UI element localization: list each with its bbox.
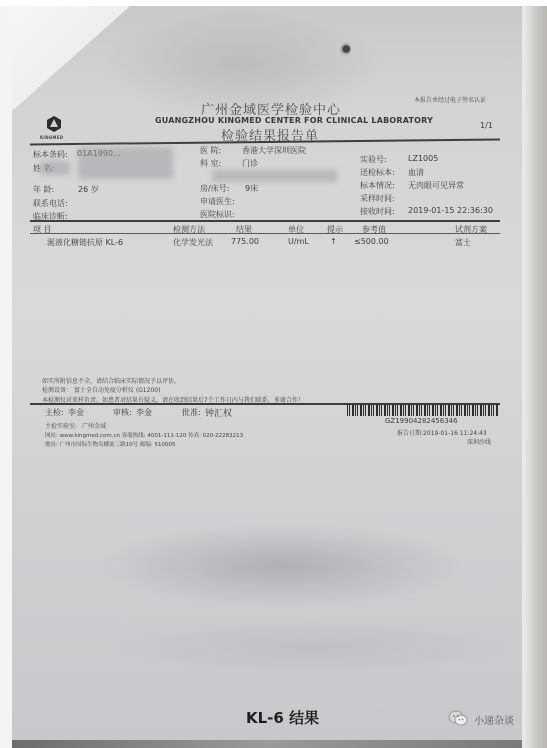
lab-no-value: LZ1005 (408, 154, 438, 163)
doctor-label: 申请医生: (200, 196, 235, 207)
lab-name-en: GUANGZHOU KINGMED CENTER FOR CLINICAL LA… (155, 116, 433, 125)
note-line-2: 检测设备： 富士全自动免疫分析仪 (G1200) (42, 385, 160, 394)
hospital-value: 香港大学深圳医院 (242, 145, 306, 156)
image-caption: KL-6 结果 (246, 707, 319, 728)
barcode-number: GZ19904282456346 (385, 417, 458, 425)
specimen-status-label: 标本情况: (360, 180, 395, 191)
received-time-value: 2019-01-15 22:36:30 (408, 206, 493, 215)
website-line: 网址: www.kingmed.com.cn 客服热线: 4001-111-12… (45, 431, 243, 439)
watermark-text: 小递杂谈 (474, 712, 514, 727)
specimen-status-value: 无肉眼可见异常 (408, 180, 464, 191)
specimen-type-label: 送检标本: (360, 167, 395, 178)
lab-no-label: 实验号: (360, 154, 387, 165)
lab-label: 主检实验室: (45, 421, 77, 430)
cell-flag-up-arrow-icon: ↑ (330, 237, 337, 246)
sampling-time-label: 采样时间: (360, 193, 395, 204)
cell-result: 775.00 (231, 237, 259, 246)
specimen-no-label: 标本条码: (33, 149, 68, 160)
lab-report: KINGMED 广州金域医学检验中心 GUANGZHOU KINGMED CEN… (0, 0, 547, 748)
redaction (212, 170, 337, 182)
specimen-type-value: 血清 (408, 167, 424, 178)
age-value: 26 岁 (78, 184, 99, 195)
age-label: 年 龄: (33, 184, 54, 195)
reviewer-label: 审核: (113, 407, 132, 418)
table-header-rule (30, 233, 500, 234)
bed-value: 9床 (245, 183, 258, 194)
lab-value: 广州金域 (82, 421, 106, 430)
reviewer-value: 李金 (136, 407, 152, 418)
page-indicator: 1/1 (480, 121, 493, 130)
tester-value: 李金 (68, 407, 84, 418)
hospital-id-label: 医院标识: (200, 209, 235, 220)
report-barcode (347, 404, 499, 416)
received-time-label: 接收时间: (360, 206, 395, 217)
approver-signature: 钟汇权 (205, 406, 232, 419)
photo-bottom-edge (12, 740, 522, 748)
cell-method: 化学发光法 (173, 237, 213, 248)
cell-unit: U/mL (288, 237, 309, 246)
dept-value: 门诊 (242, 158, 258, 169)
cell-reference: ≤500.00 (354, 237, 389, 246)
cell-item: 涎液化糖链抗原 KL-6 (47, 237, 123, 248)
kingmed-logo-icon (46, 116, 62, 132)
logo-text: KINGMED (40, 135, 63, 140)
approver-label: 批准: (182, 407, 201, 418)
signature-note: 本报告单经过电子签名认证 (414, 95, 486, 104)
phone-label: 联系电话: (33, 198, 68, 209)
print-location: 深圳沙线 (467, 437, 491, 446)
address-line: 地址: 广州市国际生物岛螺旋三路10号 邮编: 510005 (45, 440, 175, 448)
redaction (78, 147, 173, 179)
dept-label: 科 室: (200, 158, 221, 169)
redaction (40, 161, 70, 175)
note-line-1: 如实所附信息不全，请结合临床实际情况予以评估。 (42, 376, 180, 385)
hospital-label: 医 院: (200, 145, 221, 156)
cell-reagent: 富士 (455, 237, 471, 248)
bed-label: 房/床号: (200, 183, 229, 194)
wechat-icon (448, 710, 468, 726)
tester-label: 主检: (45, 407, 64, 418)
table-top-rule (30, 220, 500, 222)
report-date: 报告日期:2019-01-16 11:24:43 (397, 428, 487, 437)
